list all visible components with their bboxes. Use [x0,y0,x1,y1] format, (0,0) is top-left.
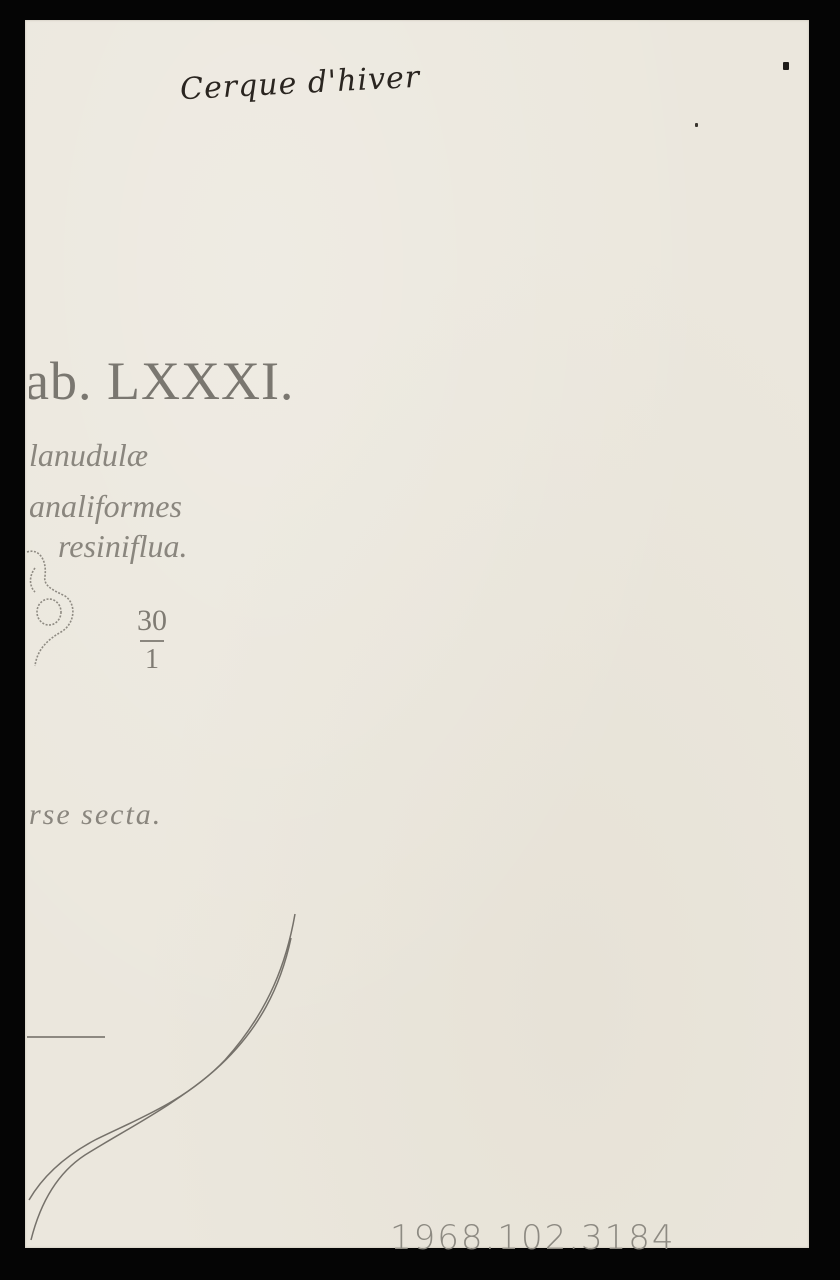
handwritten-title: Cerque d'hiver [179,60,421,108]
scale-denominator: 1 [129,645,175,675]
scale-fraction: 30 1 [129,604,175,675]
plate-caption-line-1: lanudulæ [29,437,148,474]
paper-speck [695,123,698,127]
paper-hole-mark [783,62,789,70]
plate-heading: ab. LXXXI. [25,350,294,412]
plate-caption-line-2: analiformes [29,488,182,525]
fraction-bar [140,640,164,642]
scan-background: Cerque d'hiver ab. LXXXI. lanudulæ anali… [0,0,840,1280]
gland-sketch-icon [27,551,73,666]
paper-sheet: Cerque d'hiver ab. LXXXI. lanudulæ anali… [25,20,809,1248]
stem-sketch-icon [29,914,295,1240]
plate-caption-line-3: resiniflua. [58,528,187,565]
accession-number: 1968.102.3184 [390,1218,676,1258]
scale-numerator: 30 [129,604,175,638]
section-caption: rse secta. [29,798,162,832]
